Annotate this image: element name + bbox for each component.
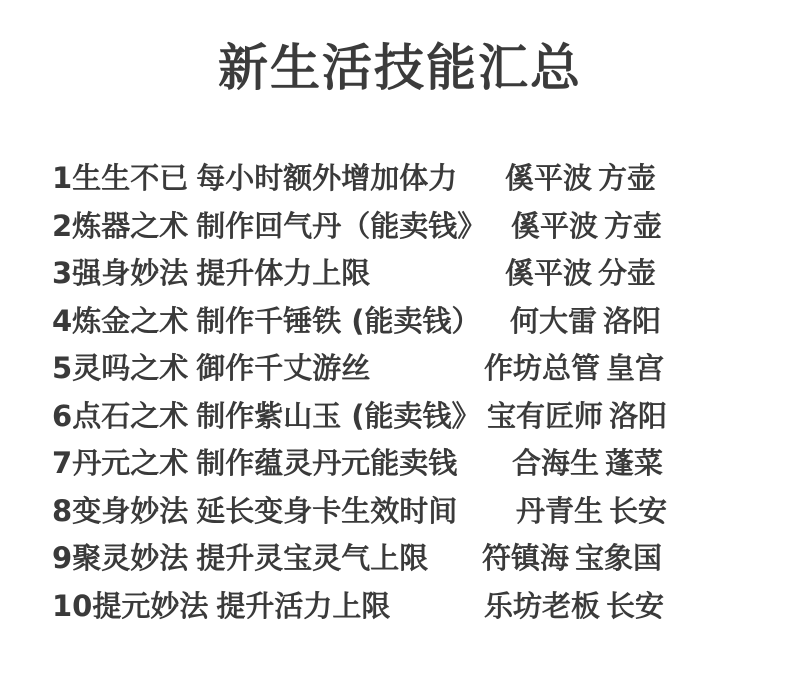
skill-effect: 提升体力上限 [196,250,370,298]
skill-name: 炼器之术 [72,203,188,251]
skill-row: 1生生不已每小时额外增加体力 傒平波方壶 [52,155,772,203]
skill-npc-cell: 合海生蓬菜 [512,440,663,488]
skill-row: 6点石之术制作紫山玉 (能卖钱》 宝有匠师洛阳 [52,393,772,441]
skill-number: 3 [52,250,72,298]
skill-npc-cell: 傒平波分壶 [505,250,656,298]
skill-npc-cell: 丹青生长安 [516,488,667,536]
npc-location: 皇宫 [606,351,664,385]
npc-name: 傒平波 [511,209,598,243]
skill-row: 3强身妙法提升体力上限 傒平波分壶 [52,250,772,298]
skill-name: 灵吗之术 [72,345,188,393]
skill-effect: 提升活力上限 [216,583,390,631]
skill-row: 2炼器之术制作回气丹（能卖钱》 傒平波方壶 [52,203,772,251]
skill-effect: 每小时额外增加体力 [196,155,457,203]
skill-number: 9 [52,535,72,583]
skill-number: 7 [52,440,72,488]
npc-location: 洛阳 [609,399,667,433]
skill-row: 4炼金之术制作千锤铁 (能卖钱） 何大雷洛阳 [52,298,772,346]
npc-name: 傒平波 [505,256,592,290]
skill-list: 1生生不已每小时额外增加体力 傒平波方壶 2炼器之术制作回气丹（能卖钱》 傒平波… [52,155,772,630]
npc-name: 作坊总管 [484,351,600,385]
skill-row: 9聚灵妙法提升灵宝灵气上限 符镇海宝象国 [52,535,772,583]
npc-location: 长安 [606,589,664,623]
skill-effect: 制作回气丹（能卖钱》 [196,203,486,251]
page-title: 新生活技能汇总 [0,38,800,98]
skill-number: 4 [52,298,72,346]
skill-name: 丹元之术 [72,440,188,488]
npc-location: 长安 [609,494,667,528]
skill-name: 提元妙法 [92,583,208,631]
npc-name: 符镇海 [482,541,569,575]
skill-name: 生生不已 [72,155,188,203]
skill-npc-cell: 傒平波方壶 [505,155,656,203]
skill-number: 6 [52,393,72,441]
npc-location: 洛阳 [603,304,661,338]
skill-row: 7丹元之术制作蕴灵丹元能卖钱 合海生蓬菜 [52,440,772,488]
skill-number: 10 [52,583,92,631]
npc-name: 傒平波 [505,161,592,195]
skill-name: 点石之术 [72,393,188,441]
npc-name: 何大雷 [510,304,597,338]
npc-location: 蓬菜 [605,446,663,480]
skill-npc-cell: 傒平波方壶 [511,203,662,251]
skill-npc-cell: 乐坊老板长安 [484,583,664,631]
npc-name: 合海生 [512,446,599,480]
skill-name: 聚灵妙法 [72,535,188,583]
npc-location: 分壶 [598,256,656,290]
skill-npc-cell: 作坊总管皇宫 [484,345,664,393]
skill-number: 8 [52,488,72,536]
skill-number: 1 [52,155,72,203]
npc-name: 乐坊老板 [484,589,600,623]
skill-row: 5灵吗之术御作千丈游丝 作坊总管皇宫 [52,345,772,393]
npc-location: 方壶 [598,161,656,195]
skill-npc-cell: 宝有匠师洛阳 [487,393,667,441]
skill-npc-cell: 何大雷洛阳 [510,298,661,346]
skill-npc-cell: 符镇海宝象国 [482,535,662,583]
skill-name: 强身妙法 [72,250,188,298]
skill-effect: 制作紫山玉 (能卖钱》 [196,393,480,441]
skill-effect: 延长变身卡生效时间 [196,488,457,536]
skill-number: 2 [52,203,72,251]
npc-name: 宝有匠师 [487,399,603,433]
skill-name: 变身妙法 [72,488,188,536]
skill-effect: 提升灵宝灵气上限 [196,535,428,583]
skill-effect: 御作千丈游丝 [196,345,370,393]
npc-location: 方壶 [604,209,662,243]
npc-name: 丹青生 [516,494,603,528]
skill-name: 炼金之术 [72,298,188,346]
skill-effect: 制作千锤铁 (能卖钱） [196,298,480,346]
skill-effect: 制作蕴灵丹元能卖钱 [196,440,457,488]
npc-location: 宝象国 [575,541,662,575]
skill-row: 10提元妙法提升活力上限 乐坊老板长安 [52,583,772,631]
skill-row: 8变身妙法延长变身卡生效时间 丹青生长安 [52,488,772,536]
skill-number: 5 [52,345,72,393]
